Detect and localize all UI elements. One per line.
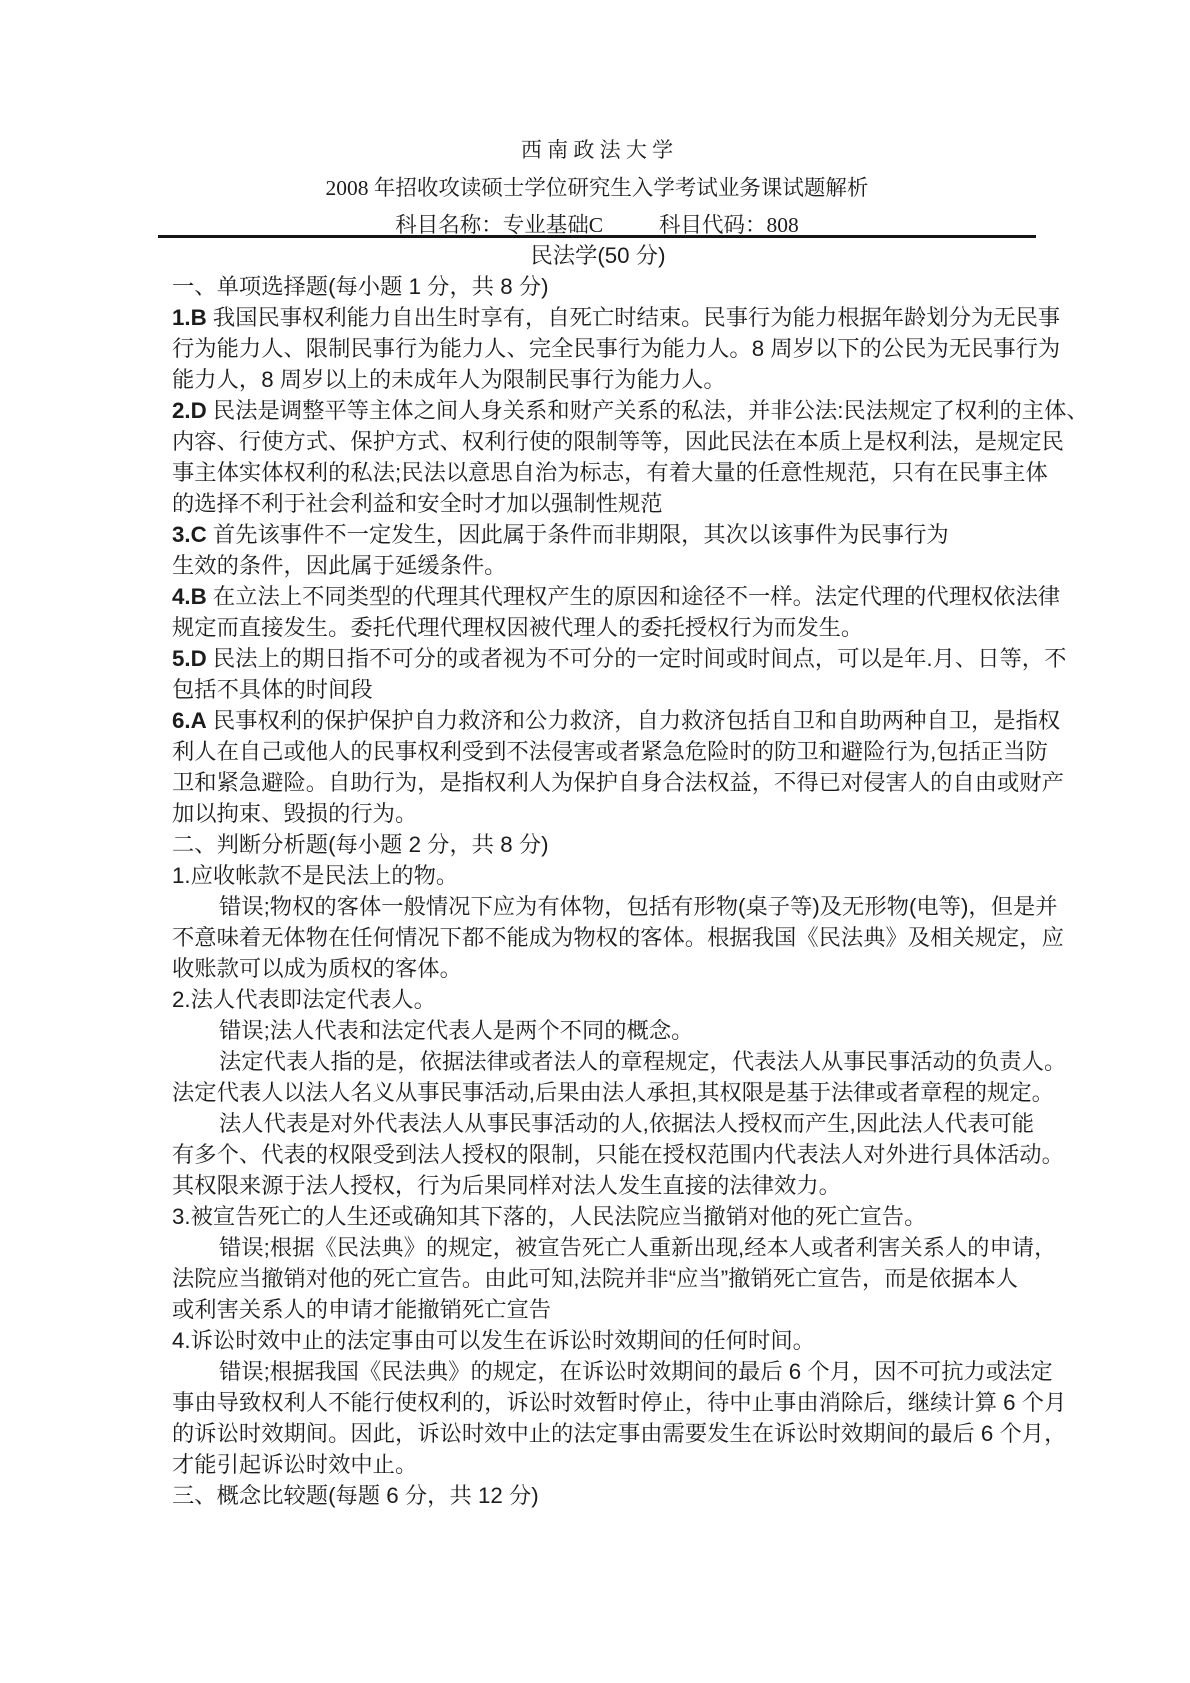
text-line: 加以拘束、毁损的行为。 [172,798,1024,829]
text-line: 一、单项选择题(每小题 1 分，共 8 分) [172,271,1024,302]
text-line: 其权限来源于法人授权，行为后果同样对法人发生直接的法律效力。 [172,1170,1024,1201]
text-line: 才能引起诉讼时效中止。 [172,1449,1024,1480]
text-line: 法院应当撤销对他的死亡宣告。由此可知,法院并非“应当”撤销死亡宣告，而是依据本人 [172,1263,1024,1294]
text-line: 法人代表是对外代表法人从事民事活动的人,依据法人授权而产生,因此法人代表可能 [172,1108,1024,1139]
exam-subtitle: 2008 年招收攻读硕士学位研究生入学考试业务课试题解析 [158,171,1036,202]
text-line: 6.A 民事权利的保护保护自力救济和公力救济，自力救济包括自卫和自助两种自卫，是… [172,705,1024,736]
subject-code-label: 科目代码：808 [659,213,799,237]
text-line: 生效的条件，因此属于延缓条件。 [172,550,1024,581]
text-line: 3.被宣告死亡的人生还或确知其下落的，人民法院应当撤销对他的死亡宣告。 [172,1201,1024,1232]
text-line: 不意味着无体物在任何情况下都不能成为物权的客体。根据我国《民法典》及相关规定，应 [172,922,1024,953]
text-line: 二、判断分析题(每小题 2 分，共 8 分) [172,829,1024,860]
text-line: 错误;根据我国《民法典》的规定，在诉讼时效期间的最后 6 个月，因不可抗力或法定 [172,1356,1024,1387]
text-line: 事由导致权利人不能行使权利的，诉讼时效暂时停止，待中止事由消除后，继续计算 6 … [172,1387,1024,1418]
text-line: 内容、行使方式、保护方式、权利行使的限制等等，因此民法在本质上是权利法，是规定民 [172,426,1024,457]
text-line: 规定而直接发生。委托代理代理权因被代理人的委托授权行为而发生。 [172,612,1024,643]
text-line: 1.B 我国民事权利能力自出生时享有，自死亡时结束。民事行为能力根据年龄划分为无… [172,302,1024,333]
document-page: 西 南 政 法 大 学 2008 年招收攻读硕士学位研究生入学考试业务课试题解析… [0,0,1190,1683]
text-line: 的诉讼时效期间。因此，诉讼时效中止的法定事由需要发生在诉讼时效期间的最后 6 个… [172,1418,1024,1449]
text-line: 收账款可以成为质权的客体。 [172,953,1024,984]
header-divider [158,235,1036,238]
text-line: 事主体实体权利的私法;民法以意思自治为标志，有着大量的任意性规范，只有在民事主体 [172,457,1024,488]
text-line: 错误;法人代表和法定代表人是两个不同的概念。 [172,1015,1024,1046]
text-line: 法定代表人指的是，依据法律或者法人的章程规定，代表法人从事民事活动的负责人。 [172,1046,1024,1077]
text-line: 卫和紧急避险。自助行为，是指权利人为保护自身合法权益，不得已对侵害人的自由或财产 [172,767,1024,798]
text-line: 2.法人代表即法定代表人。 [172,984,1024,1015]
answer-key: 6.A [172,708,207,733]
text-line: 2.D 民法是调整平等主体之间人身关系和财产关系的私法，并非公法:民法规定了权利… [172,395,1024,426]
answer-key: 4.B [172,584,207,609]
text-line: 三、概念比较题(每题 6 分，共 12 分) [172,1480,1024,1511]
answer-key: 3.C [172,522,207,547]
text-line: 或利害关系人的申请才能撤销死亡宣告 [172,1294,1024,1325]
text-line: 3.C 首先该事件不一定发生，因此属于条件而非期限，其次以该事件为民事行为 [172,519,1024,550]
answer-key: 1.B [172,305,207,330]
text-line: 5.D 民法上的期日指不可分的或者视为不可分的一定时间或时间点，可以是年.月、日… [172,643,1024,674]
subject-name-label: 科目名称：专业基础C [395,213,603,237]
text-line: 行为能力人、限制民事行为能力人、完全民事行为能力人。8 周岁以下的公民为无民事行… [172,333,1024,364]
text-line: 法定代表人以法人名义从事民事活动,后果由法人承担,其权限是基于法律或者章程的规定… [172,1077,1024,1108]
text-line: 利人在自己或他人的民事权利受到不法侵害或者紧急危险时的防卫和避险行为,包括正当防 [172,736,1024,767]
text-line: 能力人，8 周岁以上的未成年人为限制民事行为能力人。 [172,364,1024,395]
document-body: 民法学(50 分)一、单项选择题(每小题 1 分，共 8 分)1.B 我国民事权… [172,240,1024,1511]
text-line: 1.应收帐款不是民法上的物。 [172,860,1024,891]
answer-key: 5.D [172,646,207,671]
text-line: 的选择不利于社会利益和安全时才加以强制性规范 [172,488,1024,519]
section-score-title: 民法学(50 分) [172,240,1024,271]
text-line: 包括不具体的时间段 [172,674,1024,705]
text-line: 有多个、代表的权限受到法人授权的限制，只能在授权范围内代表法人对外进行具体活动。 [172,1139,1024,1170]
answer-key: 2.D [172,398,207,423]
text-line: 4.B 在立法上不同类型的代理其代理权产生的原因和途径不一样。法定代理的代理权依… [172,581,1024,612]
text-line: 错误;根据《民法典》的规定，被宣告死亡人重新出现,经本人或者利害关系人的申请， [172,1232,1024,1263]
text-line: 4.诉讼时效中止的法定事由可以发生在诉讼时效期间的任何时间。 [172,1325,1024,1356]
university-title: 西 南 政 法 大 学 [158,134,1036,164]
text-line: 错误;物权的客体一般情况下应为有体物，包括有形物(桌子等)及无形物(电等)，但是… [172,891,1024,922]
